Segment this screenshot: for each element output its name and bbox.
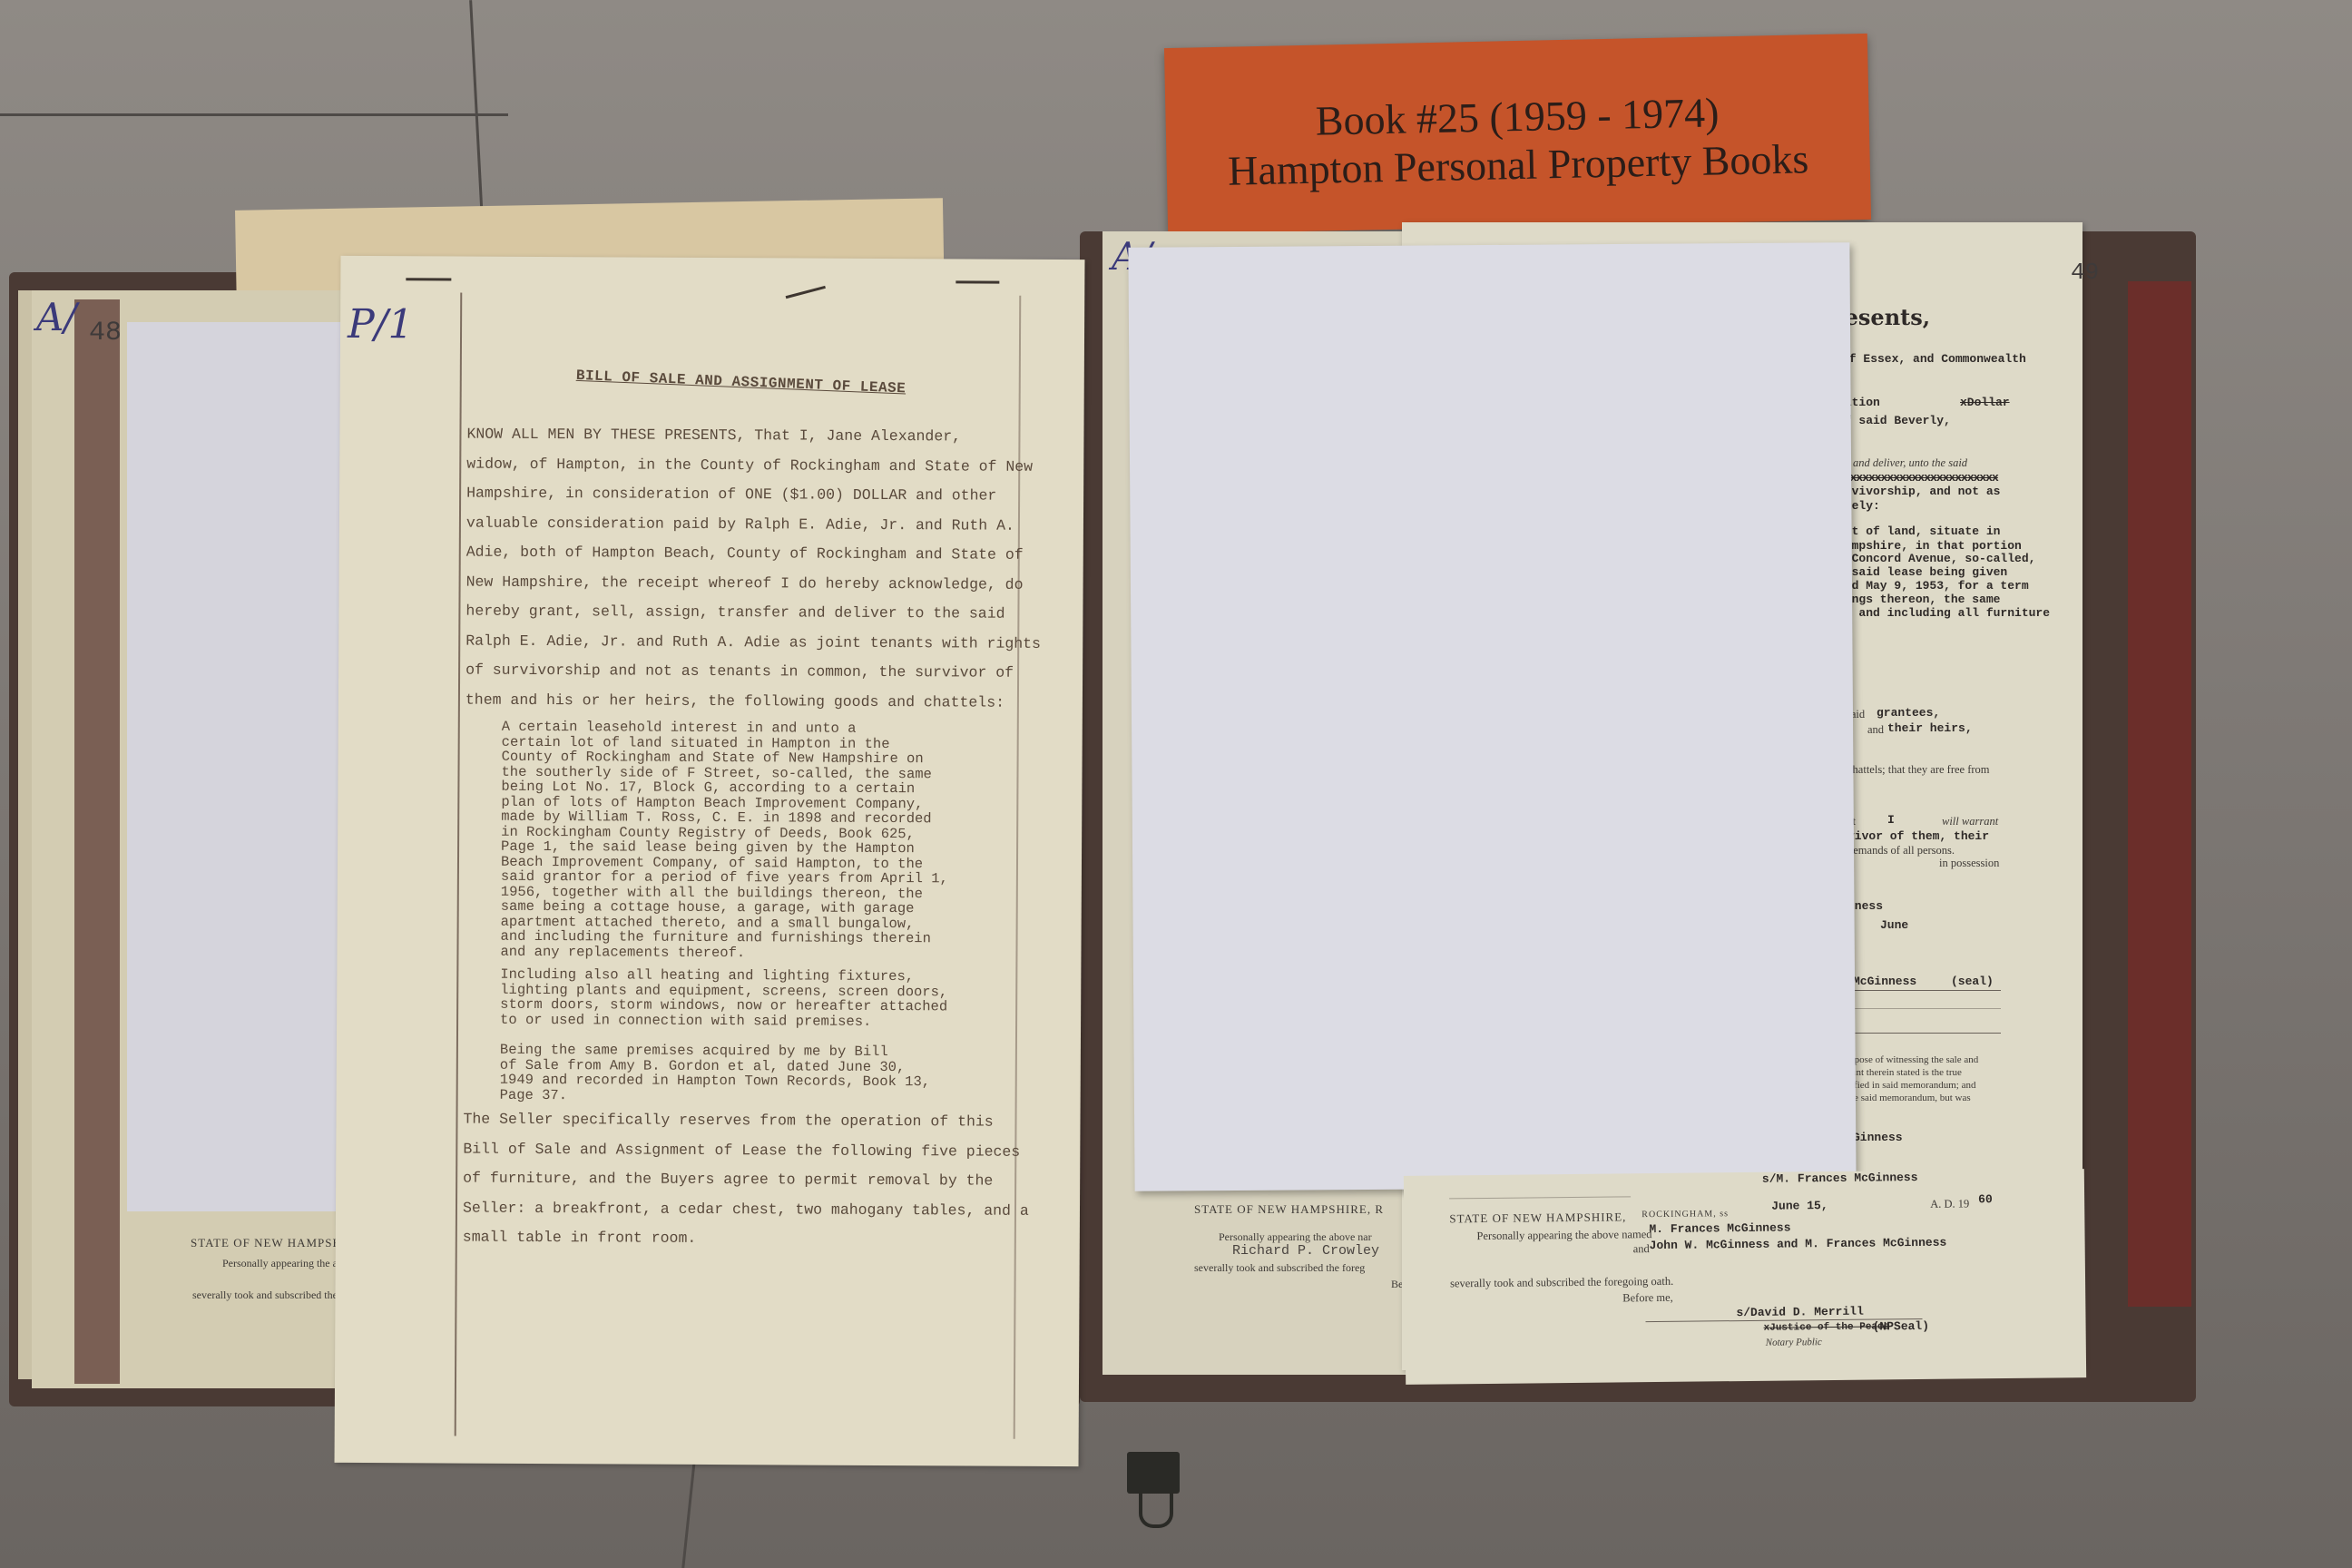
blank-cover-sheet-left <box>127 322 354 1211</box>
text-fragment: demands of all persons. <box>1847 844 1955 857</box>
document-paragraph-5: The Seller specifically reserves from th… <box>463 1105 1044 1256</box>
notary-signature: s/David D. Merrill <box>1736 1305 1864 1319</box>
underlying-state-text: STATE OF NEW HAMPSHIR <box>191 1236 356 1250</box>
book-label-title: Book #25 (1959 - 1974) <box>1164 34 1869 148</box>
seal-text: (seal) <box>1951 975 1994 988</box>
text-fragment: Hampshire, in that portion <box>1837 539 2022 553</box>
signature-line <box>1851 990 2001 991</box>
notary-year: 60 <box>1978 1192 1993 1206</box>
notary-name-1: M. Frances McGinness <box>1649 1220 1790 1236</box>
text-fragment: McGinness <box>1853 975 1916 988</box>
struck-text: xDollar <box>1960 396 2010 409</box>
struck-text: xxxxxxxxxxxxxxxxxxxxxxxxxx <box>1837 471 1998 485</box>
notary-date: June 15, <box>1771 1199 1828 1213</box>
document-paragraph-1: KNOW ALL MEN BY THESE PRESENTS, That I, … <box>465 420 1048 718</box>
text-fragment: June <box>1880 918 1908 932</box>
document-paragraph-4: Being the same premises acquired by me b… <box>500 1043 1008 1105</box>
text-fragment: and <box>1867 723 1884 737</box>
text-fragment: urvivorship, and not as <box>1837 485 2000 498</box>
page-tab-strip <box>74 299 120 1384</box>
text-fragment: vivor of them, their <box>1847 829 1989 843</box>
text-fragment: Ginness <box>1853 1131 1903 1144</box>
text-fragment: fer and deliver, unto the said <box>1837 456 1967 470</box>
text-fragment: te said memorandum, but was <box>1851 1093 1971 1103</box>
crowley-state-text: STATE OF NEW HAMPSHIRE, R <box>1194 1202 1384 1217</box>
signature-line <box>1449 1196 1631 1199</box>
document-title: BILL OF SALE AND ASSIGNMENT OF LEASE <box>576 367 906 397</box>
text-fragment: r, and including all furniture <box>1837 606 2050 620</box>
blank-cover-sheet-right <box>1128 242 1856 1191</box>
text-fragment: in possession <box>1939 857 1999 870</box>
notary-appearing: Personally appearing the above named <box>1476 1228 1651 1243</box>
fold-mark <box>955 280 999 283</box>
document-paragraph-2: A certain leasehold interest in and unto… <box>500 720 1009 962</box>
bill-of-sale-document: P/1 BILL OF SALE AND ASSIGNMENT OF LEASE… <box>335 256 1085 1466</box>
underlying-appearing-text: Personally appearing the ab <box>222 1257 343 1270</box>
notary-state: STATE OF NEW HAMPSHIRE, <box>1449 1210 1626 1226</box>
signature-line <box>1851 1008 2001 1009</box>
binder-clip-handle <box>1139 1488 1173 1528</box>
signature-line <box>1851 1033 2001 1034</box>
page-number-right: 49 <box>2071 259 2099 286</box>
book-edge-red <box>2128 281 2191 1307</box>
book-label: Book #25 (1959 - 1974) Hampton Personal … <box>1164 34 1871 234</box>
notary-and: and <box>1633 1242 1650 1256</box>
text-fragment: chattels; that they are free from <box>1847 763 1990 777</box>
underlying-subscribed-text: severally took and subscribed the <box>192 1289 338 1302</box>
document-paragraph-3: Including also all heating and lighting … <box>500 967 1008 1030</box>
notary-seal: (NPSeal) <box>1873 1319 1930 1334</box>
notary-block: s/M. Frances McGinness STATE OF NEW HAMP… <box>1404 1169 2086 1385</box>
mcginness-signature: s/M. Frances McGinness <box>1762 1171 1918 1186</box>
text-fragment: ted May 9, 1953, for a term <box>1837 579 2029 593</box>
text-fragment: f Concord Avenue, so-called, <box>1837 552 2035 565</box>
notary-title: Notary Public <box>1766 1337 1822 1348</box>
page-number-left: 48 <box>89 318 122 348</box>
notary-ad: A. D. 19 <box>1930 1197 1969 1210</box>
notary-subscribed: severally took and subscribed the forego… <box>1450 1275 1673 1291</box>
handwritten-mark: P/1 <box>348 301 414 348</box>
text-fragment: dings thereon, the same <box>1837 593 2000 606</box>
text-fragment: I <box>1887 813 1895 827</box>
notary-county: ROCKINGHAM, ss <box>1641 1209 1729 1220</box>
struck-title: xJustice of the Peace <box>1764 1321 1890 1333</box>
text-fragment: their heirs, <box>1887 721 1973 735</box>
text-fragment: unt therein stated is the true <box>1851 1067 1962 1078</box>
margin-line <box>455 293 463 1436</box>
initials-mark: A/ <box>36 295 76 339</box>
text-fragment: of Essex, and Commonwealth <box>1842 352 2026 366</box>
crowley-subscribed-text: severally took and subscribed the foreg <box>1194 1261 1365 1275</box>
fold-mark <box>786 286 826 299</box>
crowley-name: Richard P. Crowley <box>1232 1243 1379 1259</box>
fold-mark <box>406 278 451 280</box>
text-fragment: , said lease being given <box>1837 565 2007 579</box>
table-seam <box>0 113 508 116</box>
text-fragment: rpose of witnessing the sale and <box>1851 1054 1978 1065</box>
text-fragment: grantees, <box>1877 706 1940 720</box>
text-fragment: will warrant <box>1942 815 1998 828</box>
notary-before-me: Before me, <box>1622 1291 1673 1306</box>
notary-name-2: John W. McGinness and M. Frances McGinne… <box>1650 1236 1947 1252</box>
text-fragment: ified in said memorandum; and <box>1851 1080 1975 1091</box>
text-fragment: of said Beverly, <box>1837 414 1951 427</box>
crowley-appearing-text: Personally appearing the above nar <box>1219 1230 1372 1244</box>
text-fragment: lot of land, situate in <box>1837 524 2000 538</box>
